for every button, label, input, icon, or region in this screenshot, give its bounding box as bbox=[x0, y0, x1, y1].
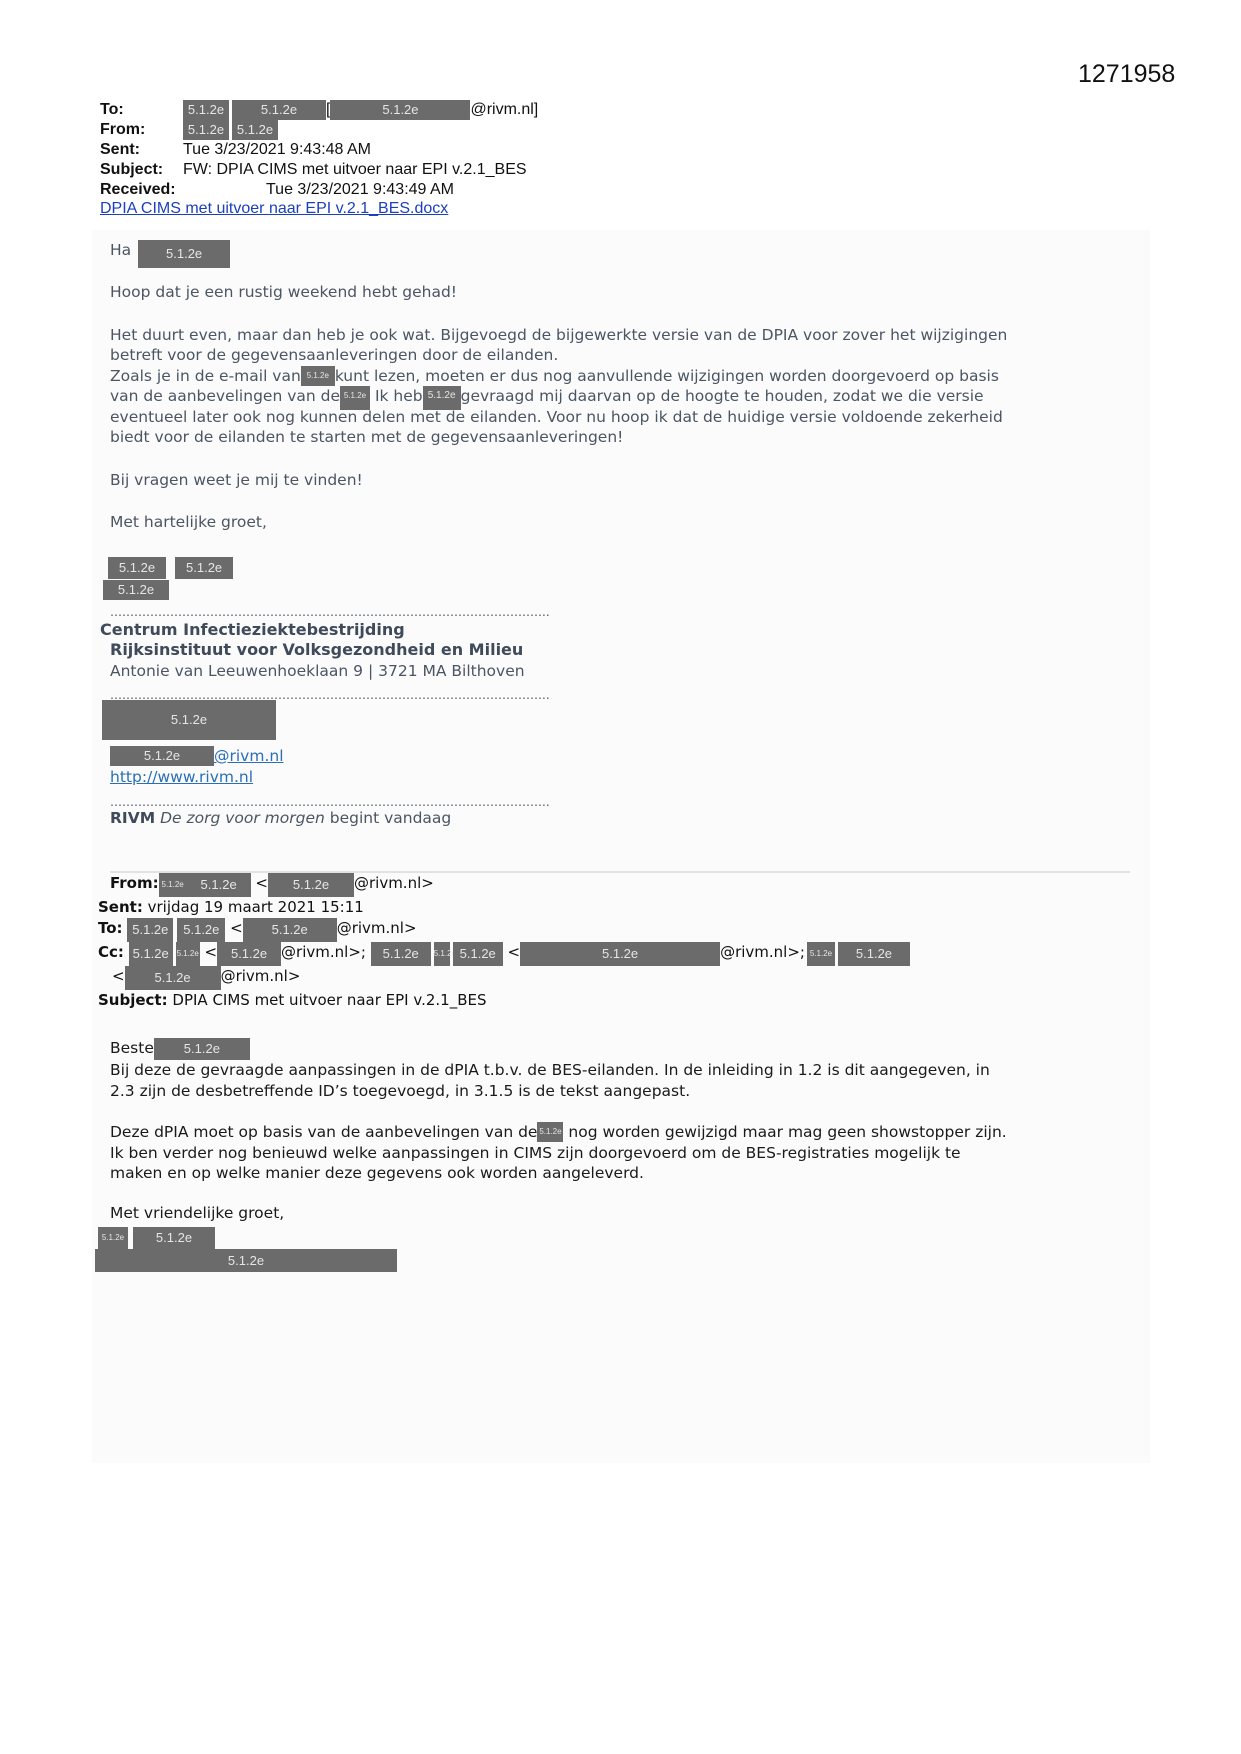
redaction: 5.1.2e bbox=[217, 942, 281, 966]
redaction: 5.1.2e bbox=[102, 700, 276, 740]
subject-label: Subject: bbox=[100, 160, 163, 180]
to-value: 5.1.2e5.1.2e[5.1.2e@rivm.nl] bbox=[183, 100, 538, 120]
redaction: 5.1.2e bbox=[183, 100, 229, 120]
redaction: 5.1.2e bbox=[154, 1038, 250, 1060]
redaction: 5.1.2e bbox=[133, 1227, 215, 1249]
redaction: 5.1.2e bbox=[330, 100, 470, 120]
received-label: Received: bbox=[100, 180, 176, 200]
body-line: Bij deze de gevraagde aanpassingen in de… bbox=[110, 1060, 990, 1081]
redaction: 5.1.2e bbox=[268, 873, 354, 897]
redaction: 5.1.2e bbox=[232, 120, 278, 140]
fw-sent-row: Sent: vrijdag 19 maart 2021 15:11 bbox=[98, 897, 364, 917]
redaction: 5.1.2e bbox=[98, 1227, 128, 1249]
redaction: 5.1.2e bbox=[138, 240, 230, 268]
email-link[interactable]: @rivm.nl bbox=[214, 747, 284, 765]
signature-divider: ……………………………………………………………………………………………….. bbox=[110, 795, 550, 809]
from-label: From: bbox=[100, 120, 145, 140]
closing: Met vriendelijke groet, bbox=[110, 1203, 284, 1224]
redaction: 5.1.2e bbox=[537, 1122, 563, 1142]
signature-name: 5.1.2e5.1.2e bbox=[98, 1227, 215, 1249]
document-id: 1271958 bbox=[1078, 60, 1175, 89]
closing: Met hartelijke groet, bbox=[110, 512, 267, 533]
redaction: 5.1.2e bbox=[176, 942, 200, 966]
body-line: eventueel later ook nog kunnen delen met… bbox=[110, 407, 1003, 428]
redaction: 5.1.2e bbox=[807, 942, 835, 966]
sent-label: Sent: bbox=[100, 140, 140, 160]
fw-from-row: From:5.1.2e5.1.2e <5.1.2e@rivm.nl> bbox=[110, 873, 434, 897]
redaction: 5.1.2e bbox=[243, 918, 337, 942]
redaction: 5.1.2e bbox=[110, 746, 214, 766]
signature-name: 5.1.2e 5.1.2e bbox=[108, 557, 233, 579]
signature-divider: ……………………………………………………………………………………………….. bbox=[110, 605, 550, 619]
redaction: 5.1.2e bbox=[434, 942, 450, 966]
signature-tagline: RIVM De zorg voor morgen begint vandaag bbox=[110, 808, 451, 829]
body-line: Deze dPIA moet op basis van de aanbeveli… bbox=[110, 1122, 1007, 1143]
redaction: 5.1.2e bbox=[95, 1249, 397, 1272]
redaction: 5.1.2e bbox=[127, 918, 173, 942]
subject-value: FW: DPIA CIMS met uitvoer naar EPI v.2.1… bbox=[183, 160, 527, 180]
attachment-link[interactable]: DPIA CIMS met uitvoer naar EPI v.2.1_BES… bbox=[100, 200, 448, 218]
redaction: 5.1.2e bbox=[187, 873, 251, 897]
to-label: To: bbox=[100, 100, 124, 120]
body-line: Hoop dat je een rustig weekend hebt geha… bbox=[110, 282, 457, 303]
fw-cc-row-cont: <5.1.2e@rivm.nl> bbox=[112, 966, 300, 990]
redaction: 5.1.2e bbox=[108, 557, 166, 579]
signature-title: 5.1.2e bbox=[95, 1249, 397, 1272]
sent-value: Tue 3/23/2021 9:43:48 AM bbox=[183, 140, 371, 160]
redaction: 5.1.2e bbox=[175, 557, 233, 579]
signature-phone: 5.1.2e bbox=[102, 700, 276, 740]
redaction: 5.1.2e bbox=[177, 918, 225, 942]
redaction: 5.1.2e bbox=[183, 120, 229, 140]
body-line: biedt voor de eilanden te starten met de… bbox=[110, 427, 623, 448]
received-value: Tue 3/23/2021 9:43:49 AM bbox=[266, 180, 454, 200]
body-line: 2.3 zijn de desbetreffende ID’s toegevoe… bbox=[110, 1081, 690, 1102]
signature-email: 5.1.2e@rivm.nl bbox=[110, 746, 284, 767]
redaction: 5.1.2e bbox=[520, 942, 720, 966]
signature-org: Centrum Infectieziektebestrijding bbox=[100, 620, 405, 641]
redaction: 5.1.2e bbox=[125, 966, 221, 990]
body-line: Ik ben verder nog benieuwd welke aanpass… bbox=[110, 1143, 961, 1164]
from-value: 5.1.2e5.1.2e bbox=[183, 120, 278, 140]
website-link[interactable]: http://www.rivm.nl bbox=[110, 768, 253, 786]
redaction: 5.1.2e bbox=[838, 942, 910, 966]
to-email-suffix: @rivm.nl] bbox=[470, 101, 538, 118]
redaction: 5.1.2e bbox=[301, 366, 335, 386]
signature-institute: Rijksinstituut voor Volksgezondheid en M… bbox=[110, 640, 523, 661]
redaction: 5.1.2e bbox=[103, 580, 169, 600]
body-line: Het duurt even, maar dan heb je ook wat.… bbox=[110, 325, 1007, 346]
body-line: maken en op welke manier deze gegevens o… bbox=[110, 1163, 644, 1184]
redaction: 5.1.2e bbox=[159, 873, 187, 897]
fw-to-row: To: 5.1.2e5.1.2e <5.1.2e@rivm.nl> bbox=[98, 918, 417, 942]
attachment-filename[interactable]: DPIA CIMS met uitvoer naar EPI v.2.1_BES… bbox=[100, 200, 448, 217]
body-line: Bij vragen weet je mij te vinden! bbox=[110, 470, 363, 491]
redaction: 5.1.2e bbox=[453, 942, 503, 966]
body-line: Zoals je in de e-mail van5.1.2ekunt leze… bbox=[110, 366, 999, 387]
greeting: Ha 5.1.2e bbox=[110, 240, 230, 268]
redaction: 5.1.2e bbox=[232, 100, 326, 120]
signature-address: Antonie van Leeuwenhoeklaan 9 | 3721 MA … bbox=[110, 661, 525, 682]
fw-subject-row: Subject: DPIA CIMS met uitvoer naar EPI … bbox=[98, 990, 487, 1010]
signature-title: 5.1.2e bbox=[103, 580, 169, 600]
fw-cc-row: Cc: 5.1.2e5.1.2e <5.1.2e@rivm.nl>; 5.1.2… bbox=[98, 942, 910, 966]
signature-website: http://www.rivm.nl bbox=[110, 767, 253, 788]
redaction: 5.1.2e bbox=[129, 942, 173, 966]
redaction: 5.1.2e bbox=[371, 942, 431, 966]
body-line: betreft voor de gegevensaanleveringen do… bbox=[110, 345, 558, 366]
greeting: Beste5.1.2e bbox=[110, 1038, 250, 1060]
